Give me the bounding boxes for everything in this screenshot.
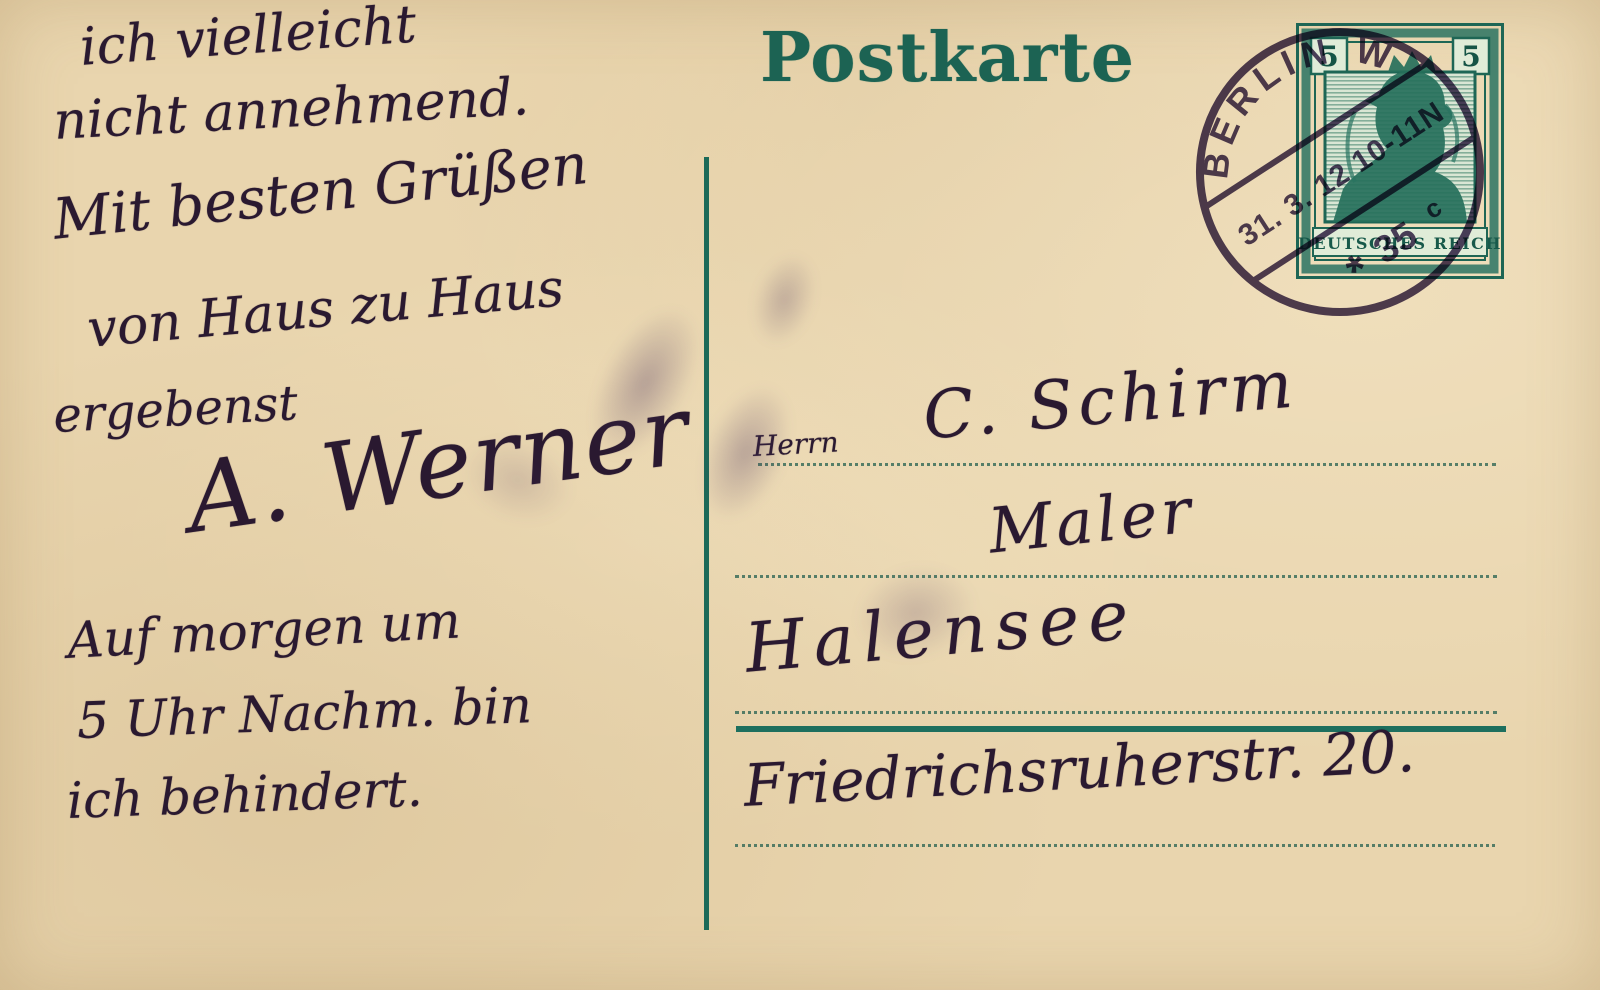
recipient-city: Halensee	[742, 576, 1140, 689]
postcard-title: Postkarte	[760, 24, 1135, 92]
postmark-star-icon: *	[1337, 243, 1380, 296]
address-field-line-1	[758, 463, 1496, 466]
recipient-street: Friedrichsruherstr. 20.	[742, 717, 1417, 820]
ink-smudge	[723, 222, 846, 377]
postmark-district: 35	[1367, 214, 1425, 272]
message-line: Mit besten Grüßen	[50, 132, 591, 253]
message-line: Auf morgen um	[66, 591, 462, 670]
postmark-city: BERLIN W	[1190, 22, 1417, 198]
postmark-letter: c	[1419, 192, 1447, 225]
address-field-line-4	[735, 844, 1495, 847]
recipient-profession: Maler	[985, 473, 1198, 567]
recipient-name: C. Schirm	[920, 345, 1300, 454]
postmark: BERLIN W 31. 3. 12 10-11N * 35 c	[1190, 22, 1490, 322]
message-line: ich vielleicht	[78, 0, 418, 78]
message-line: 5 Uhr Nachm. bin	[76, 676, 533, 750]
message-line: ich behindert.	[66, 760, 423, 830]
postcard: Postkarte 5 5	[0, 0, 1600, 990]
divider-line	[704, 157, 709, 930]
message-line: von Haus zu Haus	[85, 258, 566, 359]
message-line: nicht annehmend.	[52, 67, 530, 152]
address-salutation: Herrn	[752, 426, 839, 463]
address-field-line-3	[735, 711, 1497, 714]
